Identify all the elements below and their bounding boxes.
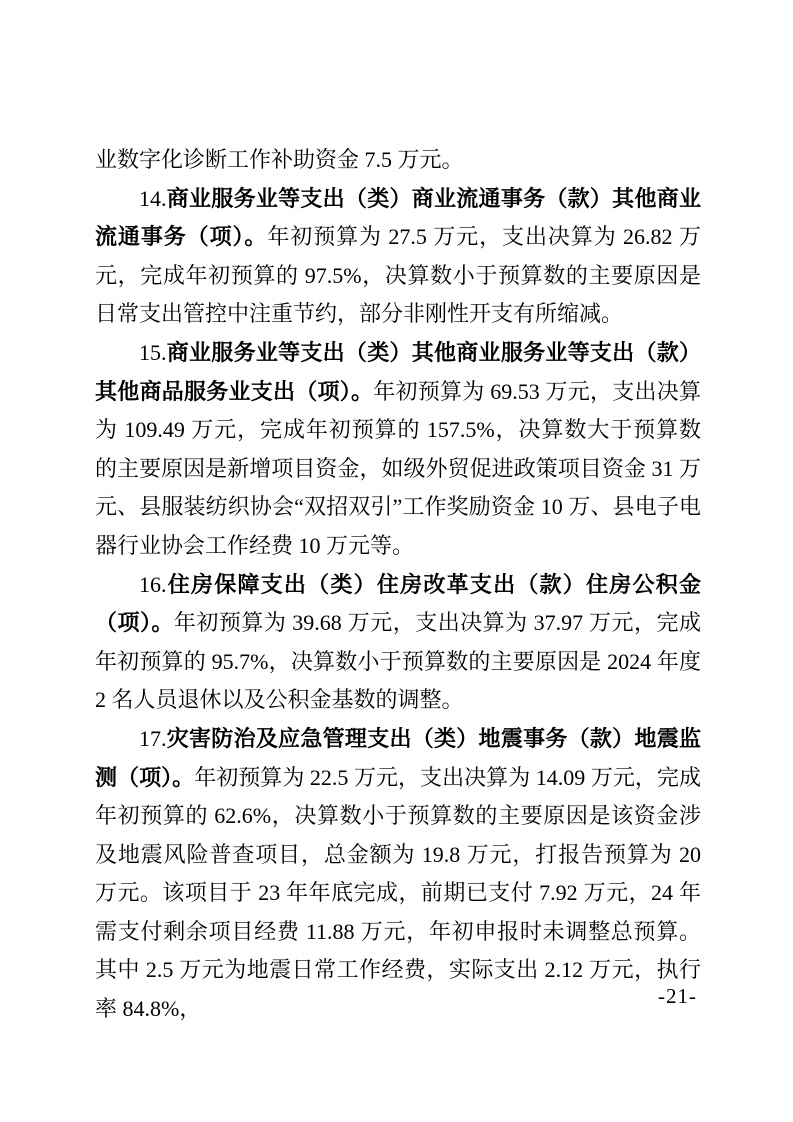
paragraph-item-14: 14.商业服务业等支出（类）商业流通事务（款）其他商业流通事务（项）。年初预算为… — [95, 180, 701, 334]
paragraph-body: 年初预算为 22.5 万元，支出决算为 14.09 万元，完成年初预算的 62.… — [95, 765, 701, 1022]
paragraph-number: 17. — [139, 726, 167, 751]
paragraph-item-16: 16.住房保障支出（类）住房改革支出（款）住房公积金（项）。年初预算为 39.6… — [95, 566, 701, 720]
paragraph-body: 业数字化诊断工作补助资金 7.5 万元。 — [95, 147, 464, 172]
paragraph-item-17: 17.灾害防治及应急管理支出（类）地震事务（款）地震监测（项）。年初预算为 22… — [95, 720, 701, 1029]
paragraph-number: 15. — [139, 340, 167, 365]
page-number: -21- — [658, 982, 697, 1010]
paragraph-body: 年初预算为 69.53 万元，支出决算为 109.49 万元，完成年初预算的 1… — [95, 379, 701, 558]
paragraph-body: 年初预算为 39.68 万元，支出决算为 37.97 万元，完成年初预算的 95… — [95, 610, 701, 712]
paragraph-number: 16. — [139, 572, 167, 597]
document-page: 业数字化诊断工作补助资金 7.5 万元。 14.商业服务业等支出（类）商业流通事… — [0, 0, 793, 1122]
paragraph-item-15: 15.商业服务业等支出（类）其他商业服务业等支出（款）其他商品服务业支出（项）。… — [95, 334, 701, 566]
paragraph-continuation: 业数字化诊断工作补助资金 7.5 万元。 — [95, 141, 701, 180]
document-body-text: 业数字化诊断工作补助资金 7.5 万元。 14.商业服务业等支出（类）商业流通事… — [95, 141, 701, 1029]
paragraph-number: 14. — [139, 186, 167, 211]
